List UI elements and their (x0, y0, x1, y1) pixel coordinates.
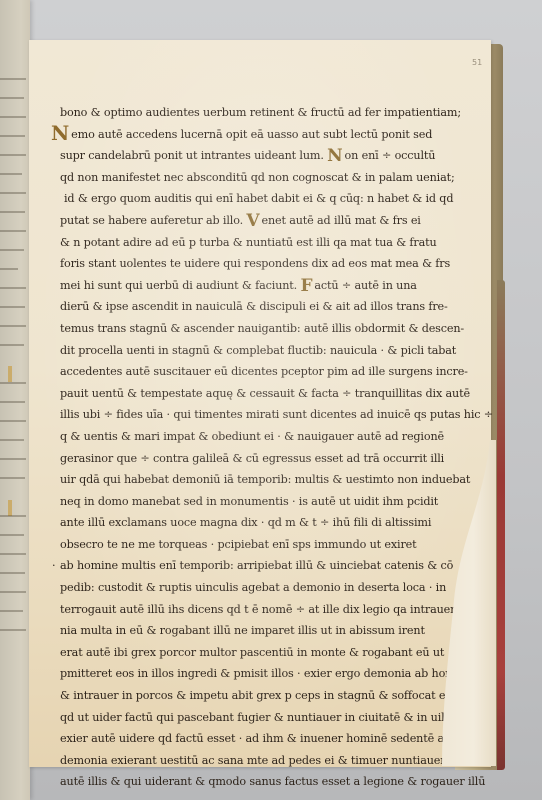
line-text: uir qdā qui habebat demoniū iā temporib:… (60, 473, 470, 486)
line-text: pauit uentū & tempestate aquę & cessauit… (60, 387, 470, 400)
text-line: qd ut uider factū qui pascebant fugier &… (60, 707, 460, 729)
facing-page-edge (0, 0, 30, 800)
facing-page-text-line (0, 534, 24, 536)
facing-page-text-line (0, 610, 23, 612)
line-text: gerasinor que ÷ contra galileā & cū egre… (60, 452, 444, 465)
facing-page-text-line (0, 420, 26, 422)
text-line: pauit uentū & tempestate aquę & cessauit… (60, 383, 460, 405)
text-line: ante illū exclamans uoce magna dix · qd … (60, 512, 460, 534)
text-line: erat autē ibi grex porcor multor pascent… (60, 642, 460, 664)
text-line: Nemo autē accedens lucernā opit eā uasso… (60, 124, 460, 146)
facing-page-text-line (0, 211, 25, 213)
facing-page-initial (8, 500, 12, 516)
line-text: neq in domo manebat sed in monumentis · … (60, 495, 438, 508)
text-line: accedentes autē suscitauer eū dicentes p… (60, 361, 460, 383)
facing-page-text-line (0, 135, 25, 137)
text-line: putat se habere auferetur ab illo. Venet… (60, 210, 460, 232)
line-text: ab homine multis enī temporib: arripieba… (60, 559, 453, 572)
facing-page-text-line (0, 97, 24, 99)
red-cover-edge (497, 280, 505, 770)
facing-page-text-line (0, 325, 26, 327)
facing-page-text-line (0, 477, 25, 479)
folio-number: 51 (472, 58, 482, 67)
facing-page-text-line (0, 287, 26, 289)
text-line: pedib: custodit & ruptis uinculis agebat… (60, 577, 460, 599)
line-text: demonia exierant uestitū ac sana mte ad … (60, 754, 445, 767)
text-line: obsecro te ne me torqueas · pcipiebat en… (60, 534, 460, 556)
facing-page-text-line (0, 192, 26, 194)
facing-page-text-line (0, 591, 26, 593)
line-text: qd ut uider factū qui pascebant fugier &… (60, 711, 467, 724)
facing-page-text-line (0, 572, 25, 574)
decorated-initial: N (51, 126, 69, 140)
line-text: bono & optimo audientes uerbum retinent … (60, 106, 461, 119)
text-line: gerasinor que ÷ contra galileā & cū egre… (60, 448, 460, 470)
facing-page-text-line (0, 230, 26, 232)
text-line: autē illis & qui uiderant & qmodo sanus … (60, 771, 460, 793)
facing-page-initial (8, 366, 12, 382)
facing-page-text-line (0, 306, 25, 308)
text-line: & n potant adire ad eū p turba & nuntiat… (60, 232, 460, 254)
line-text: enet autē ad illū mat & frs ei (261, 214, 420, 227)
text-line: supr candelabrū ponit ut intrantes uidea… (60, 145, 460, 167)
facing-page-text-line (0, 401, 25, 403)
line-text: exier autē uidere qd factū esset · ad ih… (60, 732, 468, 745)
margin-mark: · (52, 555, 55, 577)
text-line: q & uentis & mari impat & obediunt ei · … (60, 426, 460, 448)
facing-page-text-line (0, 439, 24, 441)
facing-page-text-line (0, 344, 24, 346)
text-line: exier autē uidere qd factū esset · ad ih… (60, 728, 460, 750)
facing-page-text-line (0, 553, 26, 555)
line-text: putat se habere auferetur ab illo. (60, 214, 246, 227)
text-line: id & ergo quom auditis qui enī habet dab… (60, 188, 460, 210)
text-line: pmitteret eos in illos ingredi & pmisit … (60, 663, 460, 685)
facing-page-text-line (0, 382, 26, 384)
facing-page-text-line (0, 249, 24, 251)
text-line: foris stant uolentes te uidere qui respo… (60, 253, 460, 275)
text-line: dierū & ipse ascendit in nauiculā & disc… (60, 296, 460, 318)
line-text: nia multa in eū & rogabant illū ne impar… (60, 624, 425, 637)
text-line: mei hi sunt qui uerbū di audiunt & faciu… (60, 275, 460, 297)
line-text: dierū & ipse ascendit in nauiculā & disc… (60, 300, 448, 313)
line-text: accedentes autē suscitauer eū dicentes p… (60, 365, 468, 378)
line-text: actū ÷ autē in una (314, 279, 416, 292)
line-text: autē illis & qui uiderant & qmodo sanus … (60, 775, 485, 788)
manuscript-page: 51 bono & optimo audientes uerbum retine… (29, 40, 491, 767)
facing-page-text-line (0, 458, 26, 460)
text-line: neq in domo manebat sed in monumentis · … (60, 491, 460, 513)
line-text: qd non manifestet nec absconditū qd non … (60, 171, 455, 184)
text-line: illis ubi ÷ fides uīa · qui timentes mir… (60, 404, 460, 426)
line-text: pedib: custodit & ruptis uinculis agebat… (60, 581, 446, 594)
facing-page-text-line (0, 268, 18, 270)
text-line: nia multa in eū & rogabant illū ne impar… (60, 620, 460, 642)
facing-page-text-line (0, 515, 26, 517)
text-line: uir qdā qui habebat demoniū iā temporib:… (60, 469, 460, 491)
decorated-initial: F (300, 279, 312, 293)
line-text: on enī ÷ occultū (345, 149, 436, 162)
line-text: temus trans stagnū & ascender nauigantib… (60, 322, 464, 335)
text-line: demonia exierant uestitū ac sana mte ad … (60, 750, 460, 772)
text-line: ·ab homine multis enī temporib: arripieb… (60, 555, 460, 577)
facing-page-text-line (0, 629, 26, 631)
text-line: qd non manifestet nec absconditū qd non … (60, 167, 460, 189)
line-text: emo autē accedens lucernā opit eā uasso … (71, 128, 432, 141)
facing-page-text-line (0, 154, 26, 156)
facing-page-text-line (0, 173, 22, 175)
line-text: illis ubi ÷ fides uīa · qui timentes mir… (60, 408, 493, 421)
line-text: & n potant adire ad eū p turba & nuntiat… (60, 236, 437, 249)
line-text: obsecro te ne me torqueas · pcipiebat en… (60, 538, 417, 551)
line-text: erat autē ibi grex porcor multor pascent… (60, 646, 444, 659)
line-text: mei hi sunt qui uerbū di audiunt & faciu… (60, 279, 300, 292)
line-text: pmitteret eos in illos ingredi & pmisit … (60, 667, 473, 680)
facing-page-text-line (0, 78, 26, 80)
text-line: dit procella uenti in stagnū & complebat… (60, 340, 460, 362)
text-line: terrogauit autē illū ihs dicens qd t ē n… (60, 599, 460, 621)
line-text: q & uentis & mari impat & obediunt ei · … (60, 430, 444, 443)
text-block: bono & optimo audientes uerbum retinent … (60, 102, 460, 793)
line-text: & intrauer in porcos & impetu abit grex … (60, 689, 455, 702)
decorated-initial: N (327, 149, 342, 163)
line-text: id & ergo quom auditis qui enī habet dab… (64, 192, 453, 205)
facing-page-text-line (0, 116, 26, 118)
text-line: bono & optimo audientes uerbum retinent … (60, 102, 460, 124)
line-text: ante illū exclamans uoce magna dix · qd … (60, 516, 431, 529)
line-text: supr candelabrū ponit ut intrantes uidea… (60, 149, 327, 162)
line-text: dit procella uenti in stagnū & complebat… (60, 344, 456, 357)
text-line: & intrauer in porcos & impetu abit grex … (60, 685, 460, 707)
line-text: terrogauit autē illū ihs dicens qd t ē n… (60, 603, 493, 616)
line-text: foris stant uolentes te uidere qui respo… (60, 257, 450, 270)
decorated-initial: V (246, 214, 259, 228)
text-line: temus trans stagnū & ascender nauigantib… (60, 318, 460, 340)
